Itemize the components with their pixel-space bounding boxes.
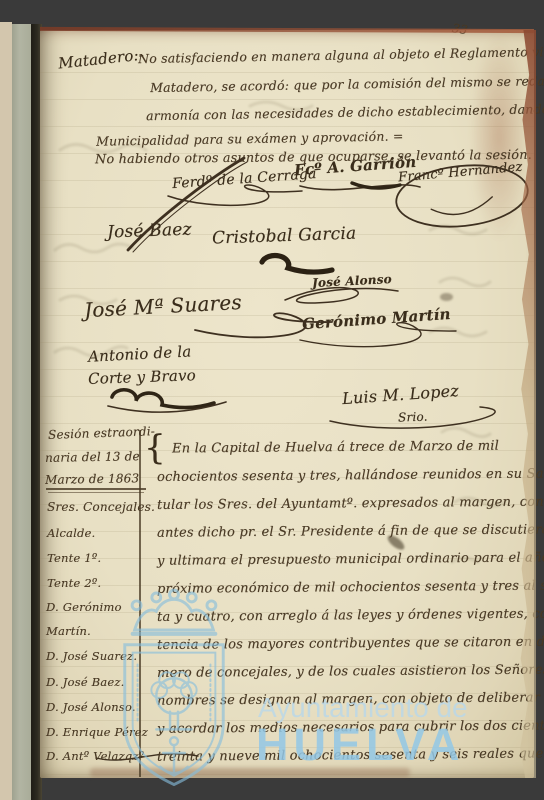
attendee-item: D. Enrique Pérez [46, 725, 148, 739]
body-line: En la Capital de Huelva á trece de Marzo… [172, 439, 499, 457]
attendee-item: Alcalde. [47, 526, 95, 540]
session-title-line: Marzo de 1863 [45, 471, 140, 487]
adjacent-page-strip [12, 24, 31, 800]
adjacent-page-edge [0, 22, 12, 800]
signature: Corte y Bravo [88, 366, 196, 388]
signature: Srio. [398, 409, 428, 424]
session-title-line: naria del 13 de [45, 449, 140, 465]
attendee-item: D. Antº Velazqzº [46, 749, 144, 763]
signature: José Baez [107, 220, 192, 243]
scanned-manuscript-page: 33 Matadero:- No satisfaciendo en manera… [0, 0, 544, 800]
attendee-item: Tente 1º. [47, 551, 101, 565]
attendee-item: Tente 2º. [47, 576, 101, 590]
watermark-city-name: HUELVA [256, 719, 464, 771]
opening-brace: { [144, 428, 166, 468]
attendees-heading: Sres. Concejales. [47, 500, 155, 514]
attendee-item: D. José Suarez. [46, 649, 137, 663]
attendee-item: D. José Baez. [46, 675, 124, 689]
attendee-item: D. Gerónimo [46, 600, 122, 614]
margin-rule [48, 492, 144, 493]
attendee-item: Martín. [46, 624, 91, 638]
attendee-item: D. José Alonso. [46, 700, 136, 714]
margin-rule [46, 488, 146, 490]
